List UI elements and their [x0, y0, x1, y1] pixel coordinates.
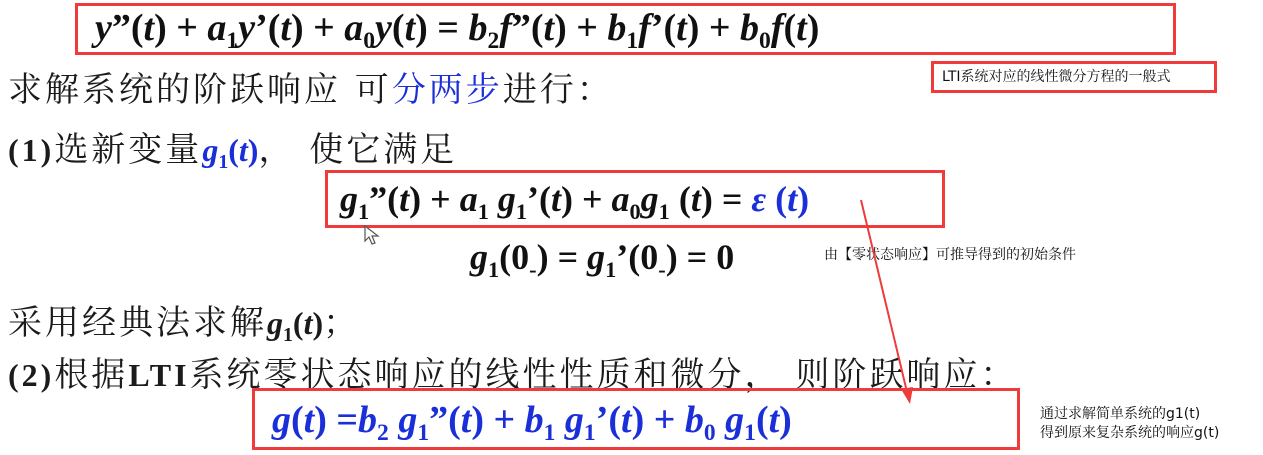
annotation-arrow — [0, 0, 1263, 455]
